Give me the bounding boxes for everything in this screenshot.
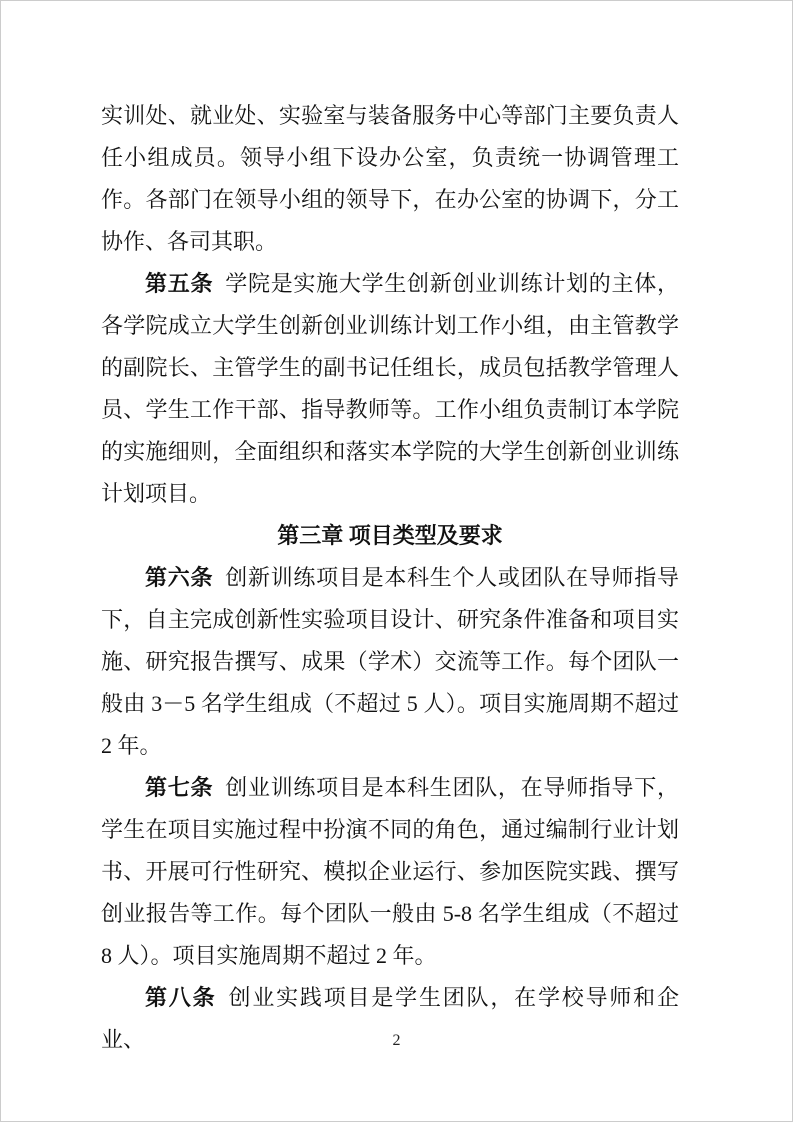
paragraph-text: 学院是实施大学生创新创业训练计划的主体，各学院成立大学生创新创业训练计划工作小组…: [101, 271, 679, 506]
clause-label-article-6: 第六条: [145, 565, 213, 590]
paragraph-article-6: 第六条创新训练项目是本科生个人或团队在导师指导下，自主完成创新性实验项目设计、研…: [101, 557, 679, 767]
document-body: 实训处、就业处、实验室与装备服务中心等部门主要负责人任小组成员。领导小组下设办公…: [101, 95, 679, 1061]
paragraph-continuation: 实训处、就业处、实验室与装备服务中心等部门主要负责人任小组成员。领导小组下设办公…: [101, 95, 679, 263]
document-page: 实训处、就业处、实验室与装备服务中心等部门主要负责人任小组成员。领导小组下设办公…: [0, 0, 793, 1122]
paragraph-text: 创业训练项目是本科生团队，在导师指导下，学生在项目实施过程中扮演不同的角色，通过…: [101, 775, 679, 968]
chapter-heading: 第三章 项目类型及要求: [101, 515, 679, 557]
clause-label-article-5: 第五条: [145, 271, 213, 296]
clause-label-article-8: 第八条: [145, 985, 216, 1010]
paragraph-text: 创新训练项目是本科生个人或团队在导师指导下，自主完成创新性实验项目设计、研究条件…: [101, 565, 679, 758]
paragraph-article-7: 第七条创业训练项目是本科生团队，在导师指导下，学生在项目实施过程中扮演不同的角色…: [101, 767, 679, 977]
paragraph-text: 实训处、就业处、实验室与装备服务中心等部门主要负责人任小组成员。领导小组下设办公…: [101, 103, 679, 254]
page-number: 2: [1, 1031, 792, 1051]
paragraph-article-5: 第五条学院是实施大学生创新创业训练计划的主体，各学院成立大学生创新创业训练计划工…: [101, 263, 679, 515]
clause-label-article-7: 第七条: [145, 775, 213, 800]
